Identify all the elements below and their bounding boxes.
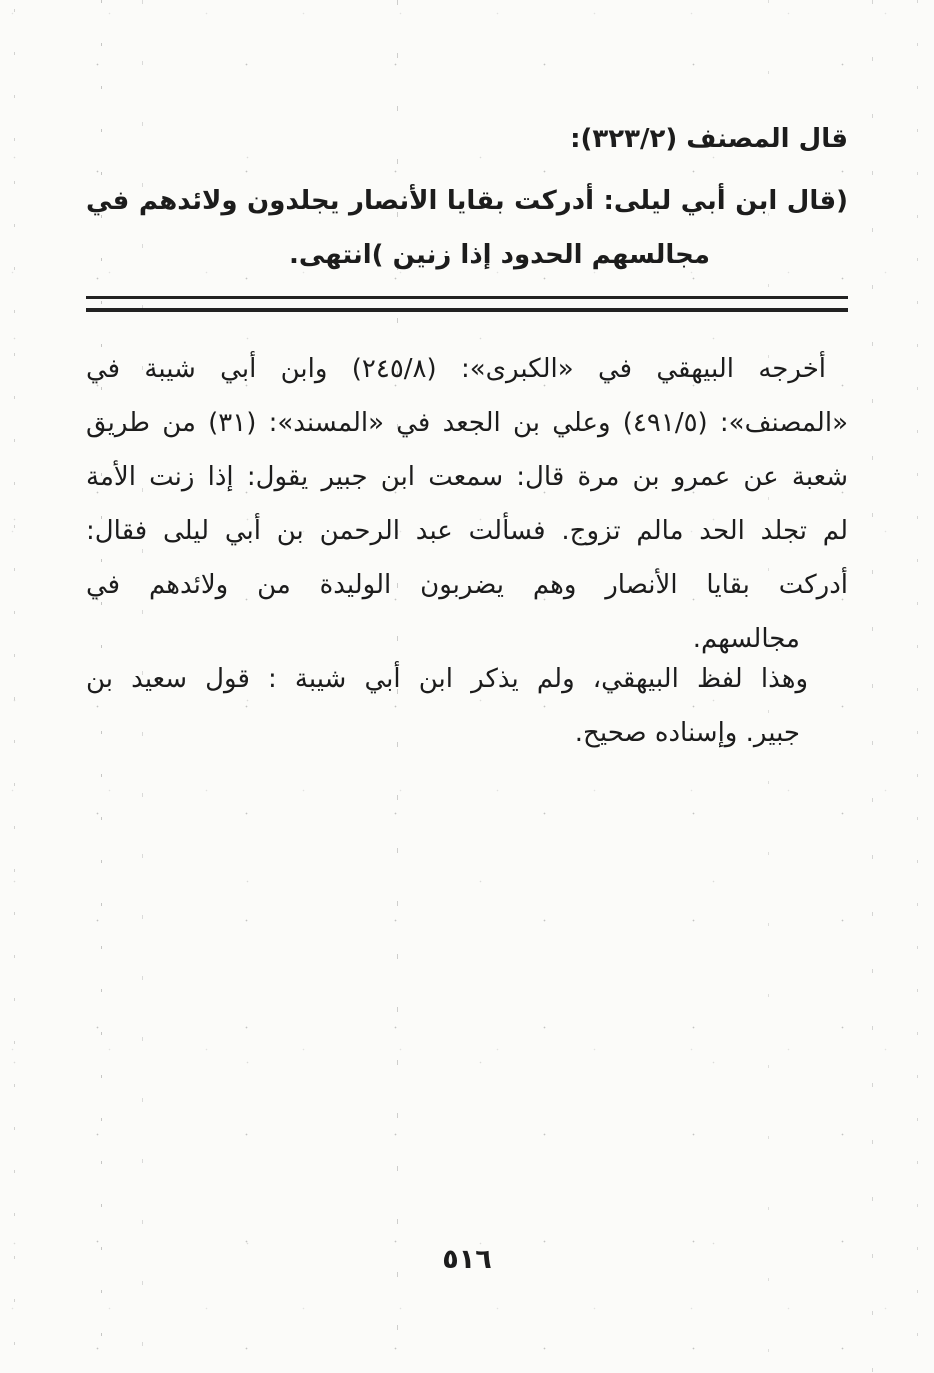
matn-quote-line: (قال ابن أبي ليلى: أدركت بقايا الأنصار ي… xyxy=(86,174,848,228)
takhrij-line: أخرجه البيهقي في «الكبرى»: (٢٤٥/٨) وابن … xyxy=(86,342,848,396)
takhrij-line: «المصنف»: (٤٩١/٥) وعلي بن الجعد في «المس… xyxy=(86,396,848,450)
scan-artifact-line xyxy=(917,0,918,1373)
comment-paragraph: وهذا لفظ البيهقي، ولم يذكر ابن أبي شيبة … xyxy=(86,652,848,760)
page-number: ٥١٦ xyxy=(86,1244,848,1275)
takhrij-line: لم تجلد الحد مالم تزوج. فسألت عبد الرحمن… xyxy=(86,504,848,558)
takhrij-paragraph: أخرجه البيهقي في «الكبرى»: (٢٤٥/٨) وابن … xyxy=(86,342,848,666)
comment-line: وهذا لفظ البيهقي، ولم يذكر ابن أبي شيبة … xyxy=(86,652,848,706)
comment-line: جبير. وإسناده صحيح. xyxy=(86,706,800,760)
matn-quote-line: مجالسهم الحدود إذا زنين )انتهى. xyxy=(86,228,710,282)
scan-artifact-line xyxy=(872,0,873,1373)
matn-heading: قال المصنف (٣٢٣/٢): xyxy=(86,112,848,166)
double-rule-divider xyxy=(86,296,848,312)
page-text-column: قال المصنف (٣٢٣/٢): (قال ابن أبي ليلى: أ… xyxy=(86,112,848,760)
scanned-book-page: قال المصنف (٣٢٣/٢): (قال ابن أبي ليلى: أ… xyxy=(0,0,934,1373)
takhrij-line: شعبة عن عمرو بن مرة قال: سمعت ابن جبير ي… xyxy=(86,450,848,504)
scan-artifact-line xyxy=(14,0,15,1373)
takhrij-line: أدركت بقايا الأنصار وهم يضربون الوليدة م… xyxy=(86,558,848,612)
